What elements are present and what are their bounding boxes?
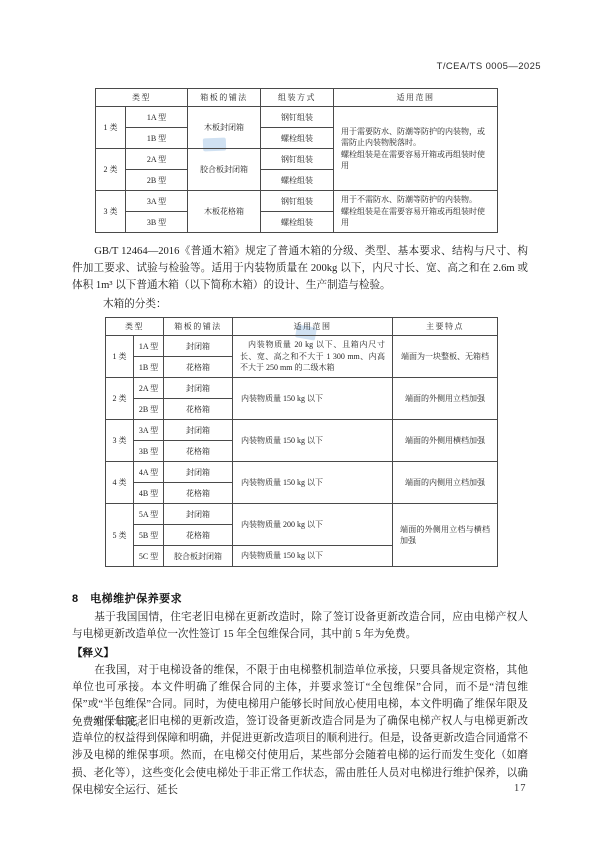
scope-cell: 内装物质量 150 kg 以下 [233, 462, 393, 504]
scope-text: 用于不需防水、防潮等防护的内装物。 [341, 194, 490, 206]
assembly-cell: 螺栓组装 [261, 170, 334, 191]
class-cell: 2 类 [96, 149, 126, 191]
interpretation-label: 【释义】 [72, 645, 114, 660]
type-cell: 2B 型 [134, 399, 164, 420]
type-cell: 2B 型 [126, 170, 188, 191]
scope-text: 用于需要防水、防潮等防护的内装物，或需防止内装物脱落时。 [341, 126, 490, 149]
panel-cell: 封闭箱 [164, 378, 233, 399]
class-cell: 3 类 [96, 191, 126, 233]
scope-text: 螺栓组装是在需要容易开箱或再组装时使用 [341, 149, 490, 172]
type-cell: 4B 型 [134, 483, 164, 504]
type-cell: 5B 型 [134, 525, 164, 546]
assembly-cell: 钢钉组装 [261, 191, 334, 212]
type-cell: 3A 型 [134, 420, 164, 441]
panel-cell: 花格箱 [164, 525, 233, 546]
scope-cell: 内装物质量 150 kg 以下 [233, 420, 393, 462]
doc-code: T/CEA/TS 0005—2025 [437, 61, 541, 72]
feature-cell: 端面的外侧用横档加强 [393, 420, 498, 462]
feature-cell: 端面的内侧用立档加强 [393, 462, 498, 504]
panel-cell: 木板花格箱 [188, 191, 261, 233]
scope-cell: 内装物质量 150 kg 以下 [233, 378, 393, 420]
type-cell: 3B 型 [126, 212, 188, 233]
box-assembly-table: 类型 箱板的铺法 组装方式 适用范围 1 类 1A 型 木板封闭箱 钢钉组装 用… [95, 88, 498, 233]
panel-cell: 胶合板封闭箱 [164, 546, 233, 567]
panel-cell: 封闭箱 [164, 504, 233, 525]
class-cell: 3 类 [106, 420, 134, 462]
interpretation-paragraph-2: 对于住宅老旧电梯的更新改造，签订设备更新改造合同是为了确保电梯产权人与电梯更新改… [72, 713, 528, 799]
scope-cell: 内装物质量 150 kg 以下 [233, 546, 393, 567]
panel-cell: 封闭箱 [164, 420, 233, 441]
class-cell: 4 类 [106, 462, 134, 504]
feature-cell: 端面为一块整板、无箱档 [393, 336, 498, 378]
class-cell: 2 类 [106, 378, 134, 420]
col-header-feature: 主要特点 [393, 318, 498, 336]
requirement-paragraph: 基于我国国情，住宅老旧电梯在更新改造时，除了签订设备更新改造合同，应由电梯产权人… [72, 609, 528, 643]
type-cell: 3B 型 [134, 441, 164, 462]
scope-cell: 内装物质量 20 kg 以下、且箱内尺寸长、宽、高之和不大于 1 300 mm、… [233, 336, 393, 378]
class-cell: 1 类 [96, 107, 126, 149]
panel-cell: 花格箱 [164, 399, 233, 420]
panel-cell: 封闭箱 [164, 462, 233, 483]
panel-cell: 木板封闭箱 [188, 107, 261, 149]
panel-cell: 花格箱 [164, 483, 233, 504]
panel-cell: 花格箱 [164, 357, 233, 378]
type-cell: 5C 型 [134, 546, 164, 567]
document-page: { "page": { "doc_code": "T/CEA/TS 0005—2… [0, 0, 600, 848]
feature-cell: 端面的外侧用立档加强 [393, 378, 498, 420]
page-number: 17 [514, 783, 527, 794]
col-header-type: 类型 [106, 318, 164, 336]
class-cell: 1 类 [106, 336, 134, 378]
scope-cell: 用于不需防水、防潮等防护的内装物。 螺栓组装是在需要容易开箱或再组装时使用 [334, 191, 498, 233]
feature-cell: 端面的外侧用立档与横档加强 [393, 504, 498, 567]
assembly-cell: 钢钉组装 [261, 149, 334, 170]
assembly-cell: 螺栓组装 [261, 212, 334, 233]
col-header-scope: 适用范围 [334, 89, 498, 107]
class-cell: 5 类 [106, 504, 134, 567]
type-cell: 1A 型 [126, 107, 188, 128]
col-header-type: 类型 [96, 89, 188, 107]
classification-label: 木箱的分类： [103, 296, 167, 311]
col-header-panel: 箱板的铺法 [188, 89, 261, 107]
scope-cell: 内装物质量 200 kg 以下 [233, 504, 393, 546]
type-cell: 4A 型 [134, 462, 164, 483]
panel-cell: 胶合板封闭箱 [188, 149, 261, 191]
type-cell: 2A 型 [134, 378, 164, 399]
gbt-standard-paragraph: GB/T 12464—2016《普通木箱》规定了普通木箱的分级、类型、基本要求、… [72, 243, 528, 295]
assembly-cell: 螺栓组装 [261, 128, 334, 149]
scope-cell: 用于需要防水、防潮等防护的内装物，或需防止内装物脱落时。 螺栓组装是在需要容易开… [334, 107, 498, 191]
scope-text: 螺栓组装是在需要容易开箱或再组装时使用 [341, 206, 490, 229]
type-cell: 2A 型 [126, 149, 188, 170]
col-header-scope: 适用范围 [233, 318, 393, 336]
type-cell: 1A 型 [134, 336, 164, 357]
box-classification-table: 类型 箱板的铺法 适用范围 主要特点 1 类 1A 型 封闭箱 内装物质量 20… [105, 317, 498, 567]
assembly-cell: 钢钉组装 [261, 107, 334, 128]
col-header-panel: 箱板的铺法 [164, 318, 233, 336]
col-header-assembly: 组装方式 [261, 89, 334, 107]
section-heading: 8 电梯维护保养要求 [72, 590, 182, 606]
panel-cell: 花格箱 [164, 441, 233, 462]
type-cell: 1B 型 [134, 357, 164, 378]
type-cell: 5A 型 [134, 504, 164, 525]
type-cell: 3A 型 [126, 191, 188, 212]
panel-cell: 封闭箱 [164, 336, 233, 357]
type-cell: 1B 型 [126, 128, 188, 149]
